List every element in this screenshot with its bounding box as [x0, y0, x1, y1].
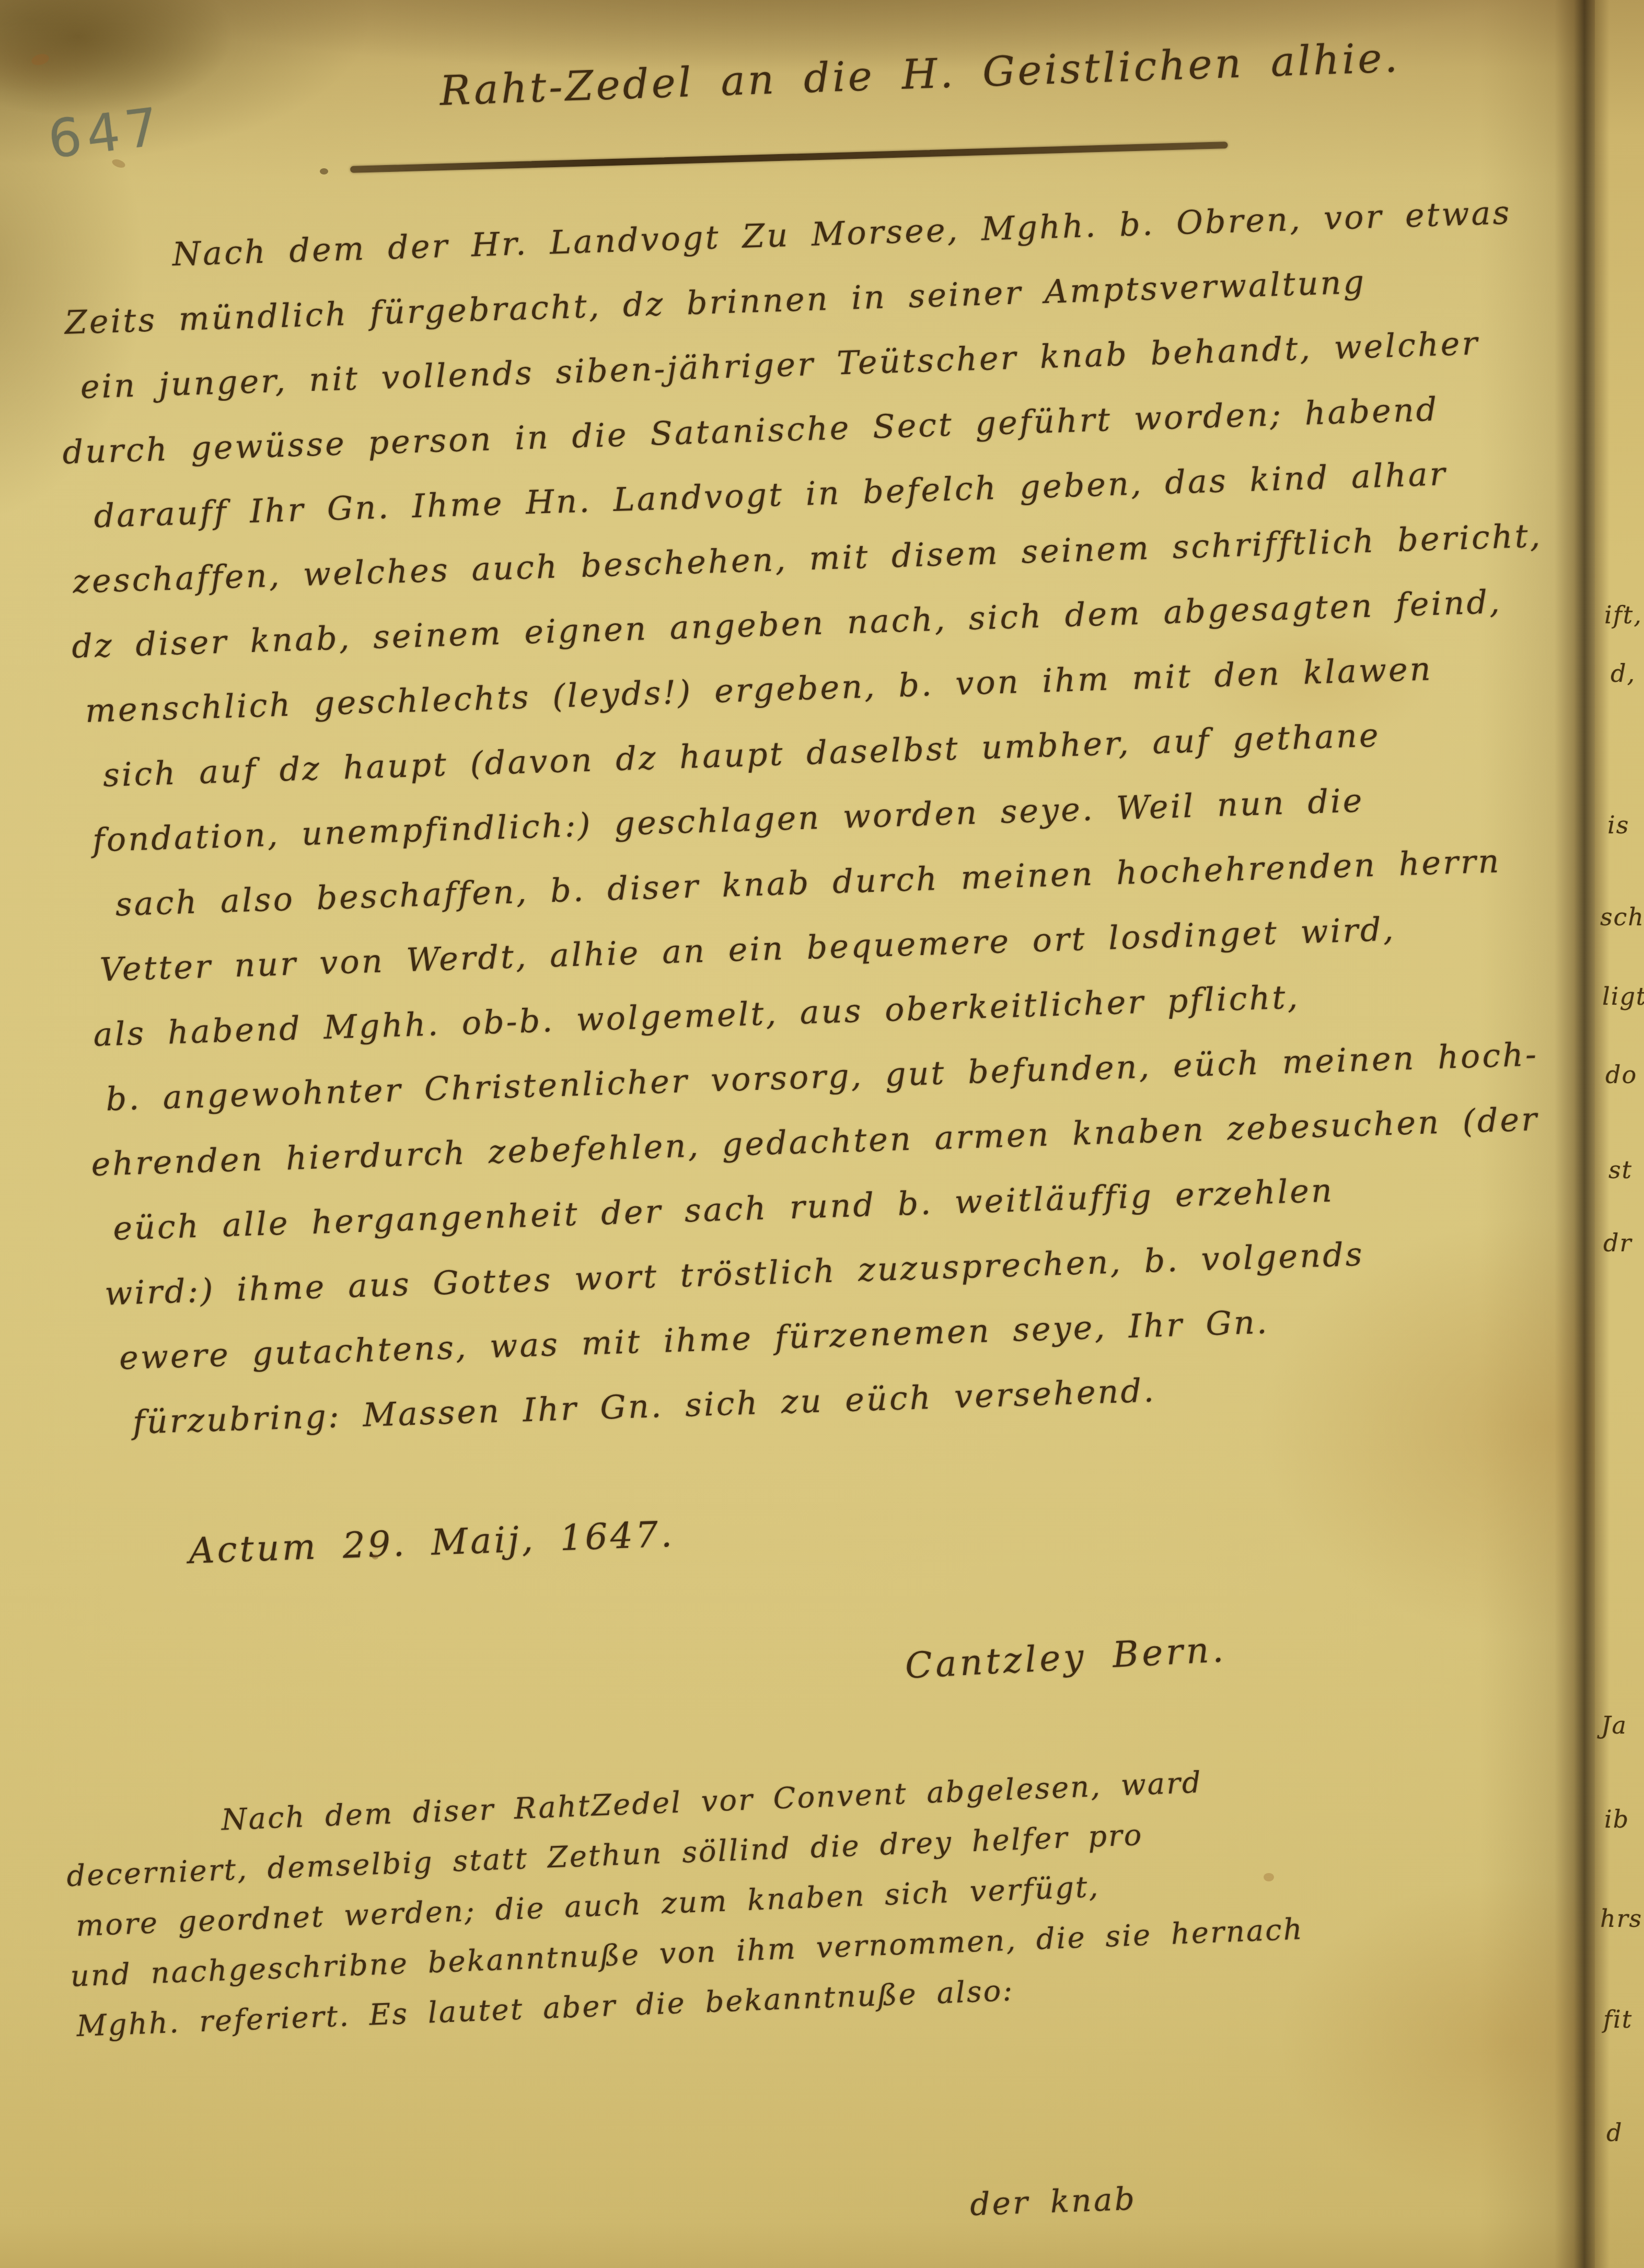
folio-number: 647 [45, 96, 167, 170]
next-page-text-fragment: fit [1603, 2005, 1633, 2033]
manuscript-photo: 647 Raht-Zedel an die H. Geistlichen alh… [0, 0, 1644, 2268]
next-page-text-fragment: d, [1611, 659, 1636, 688]
ink-stain [1264, 1873, 1274, 1881]
dateline: Actum 29. Maij, 1647. [188, 1514, 675, 1572]
ink-stain [320, 168, 328, 175]
manuscript-page: 647 Raht-Zedel an die H. Geistlichen alh… [0, 0, 1644, 2268]
next-page-text-fragment: do [1605, 1061, 1637, 1089]
next-page-text-fragment: sch [1600, 903, 1644, 931]
next-page-text-fragment: st [1608, 1156, 1633, 1184]
next-page-text-fragment: dr [1603, 1229, 1632, 1257]
catchword: der knab [969, 2181, 1137, 2223]
chancery-signature: Cantzley Bern. [904, 1629, 1228, 1687]
ink-stain [372, 1554, 378, 1560]
next-page-text-fragment: ligt [1602, 982, 1644, 1010]
next-page-text-fragment: Ja [1601, 1711, 1627, 1739]
ink-stain [30, 52, 50, 67]
next-page-text-fragment: hrs [1600, 1904, 1642, 1933]
next-page-text-fragment: ift, [1604, 601, 1642, 629]
document-title: Raht-Zedel an die H. Geistlichen alhie. [439, 34, 1401, 115]
next-page-text-fragment: is [1607, 811, 1629, 839]
next-page-text-fragment: d [1606, 2119, 1623, 2147]
next-page-edge: ift, d, is sch ligt do st dr Ja ib hrs f… [1595, 0, 1644, 2268]
resolution-paragraph: Nach dem diser RahtZedel vor Convent abg… [64, 1746, 1535, 2052]
main-paragraph: Nach dem der Hr. Landvogt Zu Morsee, Mgh… [62, 179, 1605, 1456]
next-page-text-fragment: ib [1604, 1805, 1629, 1833]
title-underline [350, 142, 1228, 173]
